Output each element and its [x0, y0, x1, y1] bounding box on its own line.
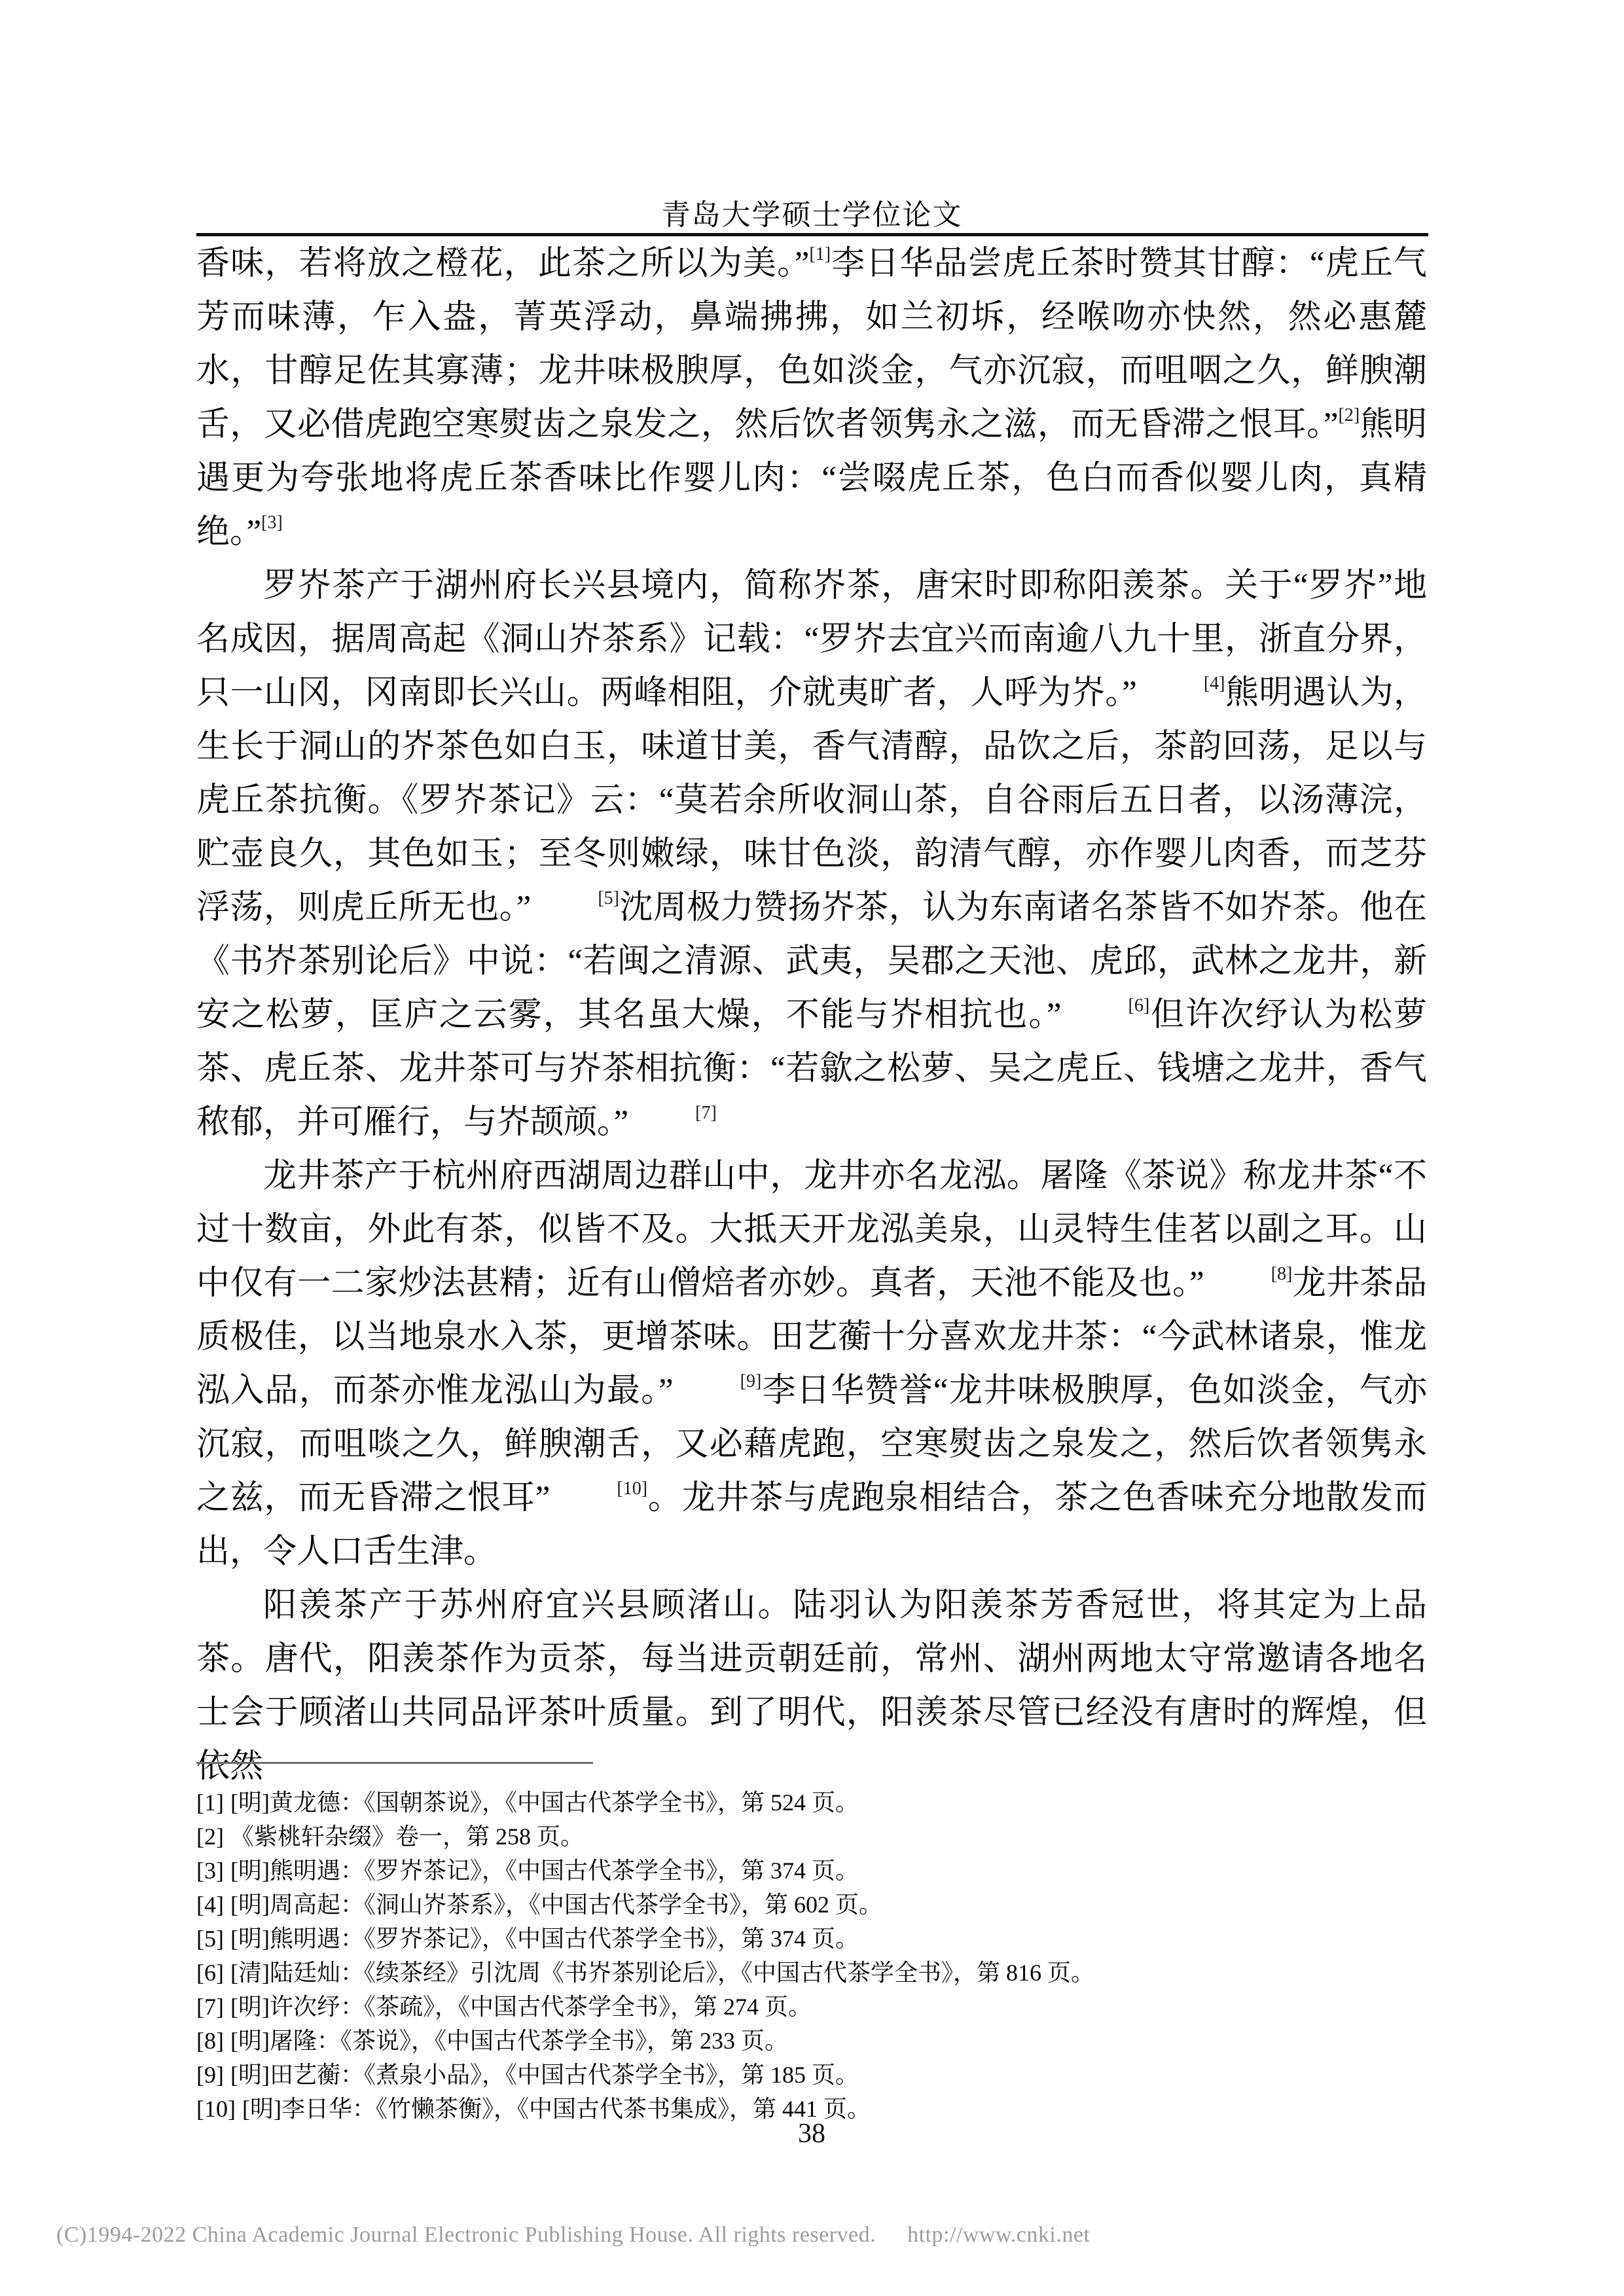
footnote-marker: [7]: [196, 1990, 224, 2024]
footnote-text: [明]屠隆：《茶说》，《中国古代茶学全书》，第 233 页。: [230, 2028, 788, 2054]
footnote-item: [6][清]陆廷灿：《续茶经》引沈周《书岕茶别论后》，《中国古代茶学全书》，第 …: [196, 1956, 1453, 1990]
footnote-marker: [2]: [196, 1820, 224, 1854]
thesis-page: 青岛大学硕士学位论文 香味，若将放之橙花，此茶之所以为美。”[1]李日华品尝虎丘…: [0, 0, 1624, 2296]
copyright-text: (C)1994-2022 China Academic Journal Elec…: [56, 2223, 876, 2247]
footnote-text: [明]周高起：《洞山岕茶系》，《中国古代茶学全书》，第 602 页。: [230, 1892, 882, 1918]
footnotes-block: [1][明]黄龙德：《国朝茶说》，《中国古代茶学全书》，第 524 页。[2]《…: [196, 1785, 1453, 2126]
body-text-run: 阳羡茶产于苏州府宜兴县顾渚山。陆羽认为阳羡茶芳香冠世，将其定为上品茶。唐代，阳羡…: [196, 1587, 1427, 1785]
paragraph: 阳羡茶产于苏州府宜兴县顾渚山。陆羽认为阳羡茶芳香冠世，将其定为上品茶。唐代，阳羡…: [196, 1579, 1427, 1793]
footnote-separator: [196, 1762, 593, 1764]
footnote-item: [9][明]田艺蘅：《煮泉小品》，《中国古代茶学全书》，第 185 页。: [196, 2058, 1453, 2092]
copyright-footer: (C)1994-2022 China Academic Journal Elec…: [56, 2223, 1575, 2248]
footnote-marker: [3]: [196, 1854, 224, 1888]
footnote-marker: [4]: [196, 1888, 224, 1922]
footnote-marker: [6]: [196, 1956, 224, 1990]
footnote-item: [7][明]许次纾：《茶疏》，《中国古代茶学全书》，第 274 页。: [196, 1990, 1453, 2024]
paragraph: 罗岕茶产于湖州府长兴县境内，简称岕茶，唐宋时即称阳羡茶。关于“罗岕”地名成因，据…: [196, 559, 1427, 1149]
footnote-text: [明]许次纾：《茶疏》，《中国古代茶学全书》，第 274 页。: [230, 1994, 812, 2020]
footnote-item: [4][明]周高起：《洞山岕茶系》，《中国古代茶学全书》，第 602 页。: [196, 1888, 1453, 1922]
footnote-item: [8][明]屠隆：《茶说》，《中国古代茶学全书》，第 233 页。: [196, 2024, 1453, 2058]
footnote-marker: [5]: [196, 1922, 224, 1956]
body-text-block: 香味，若将放之橙花，此茶之所以为美。”[1]李日华品尝虎丘茶时赞其甘醇：“虎丘气…: [196, 237, 1427, 1793]
footnote-marker: [8]: [196, 2024, 224, 2058]
paragraph: 香味，若将放之橙花，此茶之所以为美。”[1]李日华品尝虎丘茶时赞其甘醇：“虎丘气…: [196, 237, 1427, 559]
cnki-url: http://www.cnki.net: [907, 2223, 1090, 2247]
footnote-item: [5][明]熊明遇：《罗岕茶记》，《中国古代茶学全书》，第 374 页。: [196, 1922, 1453, 1956]
paragraph: 龙井茶产于杭州府西湖周边群山中，龙井亦名龙泓。屠隆《茶说》称龙井茶“不过十数亩，…: [196, 1149, 1427, 1579]
footnote-text: [明]黄龙德：《国朝茶说》，《中国古代茶学全书》，第 524 页。: [230, 1789, 859, 1816]
page-number: 38: [0, 2118, 1623, 2149]
header-rule: [196, 233, 1428, 236]
footnote-item: [1][明]黄龙德：《国朝茶说》，《中国古代茶学全书》，第 524 页。: [196, 1785, 1453, 1820]
footnote-item: [2]《紫桃轩杂缀》卷一，第 258 页。: [196, 1820, 1453, 1854]
footnote-text: [明]熊明遇：《罗岕茶记》，《中国古代茶学全书》，第 374 页。: [230, 1926, 859, 1952]
footnote-text: [明]田艺蘅：《煮泉小品》，《中国古代茶学全书》，第 185 页。: [230, 2062, 859, 2088]
footnote-text: [清]陆廷灿：《续茶经》引沈周《书岕茶别论后》，《中国古代茶学全书》，第 816…: [230, 1960, 1094, 1986]
body-text-run: 香味，若将放之橙花，此茶之所以为美。”: [196, 245, 809, 282]
footnote-marker: [1]: [196, 1785, 224, 1820]
page-header-title: 青岛大学硕士学位论文: [0, 191, 1624, 233]
footnote-item: [3][明]熊明遇：《罗岕茶记》，《中国古代茶学全书》，第 374 页。: [196, 1854, 1453, 1888]
footnote-marker: [9]: [196, 2058, 224, 2092]
body-text-run: 龙井茶产于杭州府西湖周边群山中，龙井亦名龙泓。屠隆《茶说》称龙井茶“不过十数亩，…: [196, 1158, 1427, 1302]
footnote-text: [明]熊明遇：《罗岕茶记》，《中国古代茶学全书》，第 374 页。: [230, 1857, 859, 1884]
footnote-text: 《紫桃轩杂缀》卷一，第 258 页。: [230, 1823, 584, 1850]
body-text-run: 熊明遇认为，生长于洞山的岕茶色如白玉，味道甘美，香气清醇，品饮之后，茶韵回荡，足…: [196, 675, 1427, 926]
